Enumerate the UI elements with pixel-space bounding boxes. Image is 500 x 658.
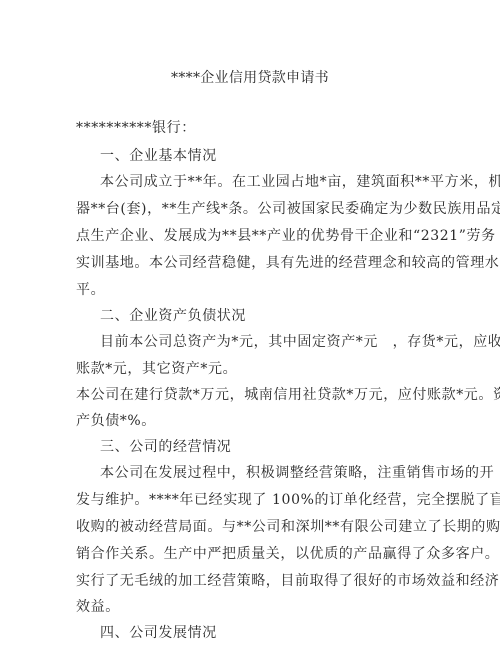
paragraph-line: 实训基地。本公司经营稳健，具有先进的经营理念和较高的管理水 [76, 253, 426, 273]
paragraph-line: 点生产企业、发展成为**县**产业的优势骨干企业和“2321”劳务 [76, 226, 426, 246]
paragraph-line: 效益。 [76, 597, 426, 617]
paragraph-line: 本公司在建行贷款*万元，城南信用社贷款*万元，应付账款*元。资 [76, 385, 426, 405]
paragraph-line: 产负债*%。 [76, 411, 426, 431]
section-heading-1: 一、企业基本情况 [100, 146, 450, 166]
document-title: ****企业信用贷款申请书 [0, 67, 500, 87]
section-heading-3: 三、公司的经营情况 [100, 437, 450, 457]
paragraph-line: 本公司在发展过程中，积极调整经营策略，注重销售市场的开 [100, 463, 450, 483]
paragraph-line: 发与维护。****年已经实现了 100%的订单化经营，完全摆脱了盲目 [76, 490, 426, 510]
paragraph-line: 账款*元，其它资产*元。 [76, 359, 426, 379]
paragraph-line: 本公司成立于**年。在工业园占地*亩，建筑面积**平方米，机 [100, 172, 450, 192]
paragraph-line: 收购的被动经营局面。与**公司和深圳**有限公司建立了长期的购 [76, 517, 426, 537]
paragraph-line: 销合作关系。生产中严把质量关，以优质的产品赢得了众多客户。 [76, 544, 426, 564]
paragraph-line: 目前本公司总资产为*元，其中固定资产*元 ，存货*元，应收 [100, 332, 450, 352]
section-heading-2: 二、企业资产负债状况 [100, 306, 450, 326]
paragraph-line: 平。 [76, 280, 426, 300]
salutation: **********银行： [76, 118, 426, 138]
section-heading-4: 四、公司发展情况 [100, 623, 450, 643]
paragraph-line: 器**台(套)，**生产线*条。公司被国家民委确定为少数民族用品定 [76, 199, 426, 219]
paragraph-line: 实行了无毛绒的加工经营策略，目前取得了很好的市场效益和经济 [76, 571, 426, 591]
document-page: ****企业信用贷款申请书 **********银行： 一、企业基本情况 本公司… [0, 0, 500, 658]
